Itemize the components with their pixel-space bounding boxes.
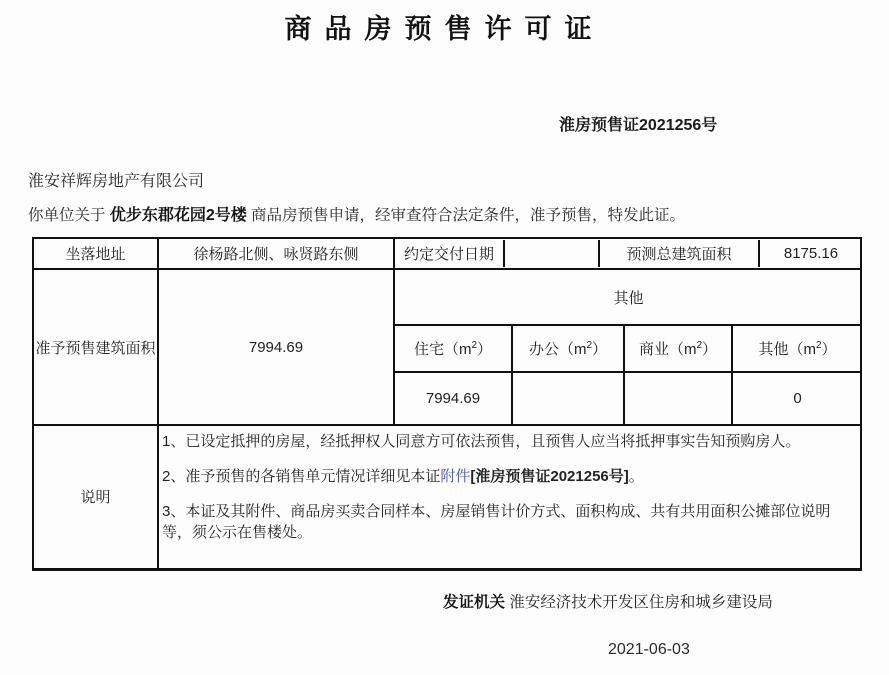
company-name: 淮安祥辉房地产有限公司	[28, 168, 204, 191]
delivery-date-label: 约定交付日期	[395, 240, 504, 267]
business-header-close: ）	[702, 341, 717, 358]
notes-label: 说明	[33, 425, 158, 569]
office-header-close: ）	[592, 341, 607, 358]
note-item-3: 3、本证及其附件、商品房买卖合同样本、房屋销售计价方式、面积构成、共有共用面积公…	[162, 501, 857, 543]
other-area-value: 0	[732, 372, 862, 424]
issue-date: 2021-06-03	[608, 641, 690, 659]
business-area-header: 商业（m2）	[624, 325, 732, 372]
residential-header-text: 住宅（m	[414, 341, 472, 358]
document-title: 商品房预售许可证	[0, 7, 889, 46]
permit-table: 坐落地址 徐杨路北侧、咏贤路东侧 约定交付日期 预测总建筑面积 8175.16	[32, 237, 862, 571]
approved-area-label: 准予预售建筑面积	[33, 269, 158, 425]
residential-header-close: ）	[477, 341, 492, 358]
area-breakdown-subtable: 其他 住宅（m2） 办公（m2） 商业（m2） 其他（m2） 7994.69	[395, 270, 862, 424]
office-area-header: 办公（m2）	[512, 325, 624, 372]
residential-area-value: 7994.69	[395, 372, 512, 424]
note-2-suffix: 。	[629, 468, 644, 485]
issuer-line: 发证机关 淮安经济技术开发区住房和城乡建设局	[443, 590, 773, 612]
intro-prefix: 你单位关于	[28, 207, 110, 224]
intro-sentence: 你单位关于 优步东郡花园2号楼 商品房预售申请，经审查符合法定条件，准予预售，特…	[28, 202, 685, 225]
other-header: 其他	[395, 270, 862, 325]
approved-area-value: 7994.69	[158, 269, 394, 425]
business-header-text: 商业（m	[639, 341, 697, 358]
note-item-1: 1、已设定抵押的房屋，经抵押权人同意方可依法预售，且预售人应当将抵押事实告知预购…	[162, 431, 857, 452]
certificate-number: 淮房预售证2021256号	[559, 112, 717, 135]
issuer-label: 发证机关	[443, 594, 505, 611]
table-row-address: 坐落地址 徐杨路北侧、咏贤路东侧 约定交付日期 预测总建筑面积 8175.16	[33, 238, 861, 269]
other-area-header: 其他（m2）	[732, 325, 862, 372]
address-label: 坐落地址	[33, 238, 158, 269]
notes-content: 1、已设定抵押的房屋，经抵押权人同意方可依法预售，且预售人应当将抵押事实告知预购…	[158, 425, 861, 569]
intro-suffix: 商品房预售申请，经审查符合法定条件，准予预售，特发此证。	[247, 207, 685, 224]
office-area-value	[512, 372, 624, 424]
table-row-notes: 说明 1、已设定抵押的房屋，经抵押权人同意方可依法预售，且预售人应当将抵押事实告…	[33, 425, 861, 569]
note-2-cert-number: [淮房预售证2021256号]	[470, 468, 628, 485]
total-area-value: 8175.16	[759, 240, 862, 267]
business-area-value	[624, 372, 732, 424]
other-header-close: ）	[822, 341, 837, 358]
residential-area-header: 住宅（m2）	[395, 325, 512, 372]
project-name: 优步东郡花园2号楼	[110, 207, 247, 224]
delivery-date-value	[504, 240, 599, 267]
total-area-label: 预测总建筑面积	[599, 240, 759, 267]
attachment-link[interactable]: 附件	[440, 468, 470, 485]
delivery-area-subtable: 约定交付日期 预测总建筑面积 8175.16	[395, 240, 862, 267]
note-item-2: 2、准予预售的各销售单元情况详细见本证附件[淮房预售证2021256号]。	[162, 466, 857, 487]
address-value: 徐杨路北侧、咏贤路东侧	[158, 238, 394, 269]
office-header-text: 办公（m	[529, 341, 587, 358]
note-2-prefix: 2、准予预售的各销售单元情况详细见本证	[162, 468, 440, 485]
other-header-text: 其他（m	[758, 341, 816, 358]
issuer-name: 淮安经济技术开发区住房和城乡建设局	[509, 594, 773, 611]
presale-permit-document: 商品房预售许可证 淮房预售证2021256号 淮安祥辉房地产有限公司 你单位关于…	[0, 0, 889, 675]
table-row-approved-area: 准予预售建筑面积 7994.69 其他 住宅（m2） 办公（m2） 商业（	[33, 269, 861, 425]
